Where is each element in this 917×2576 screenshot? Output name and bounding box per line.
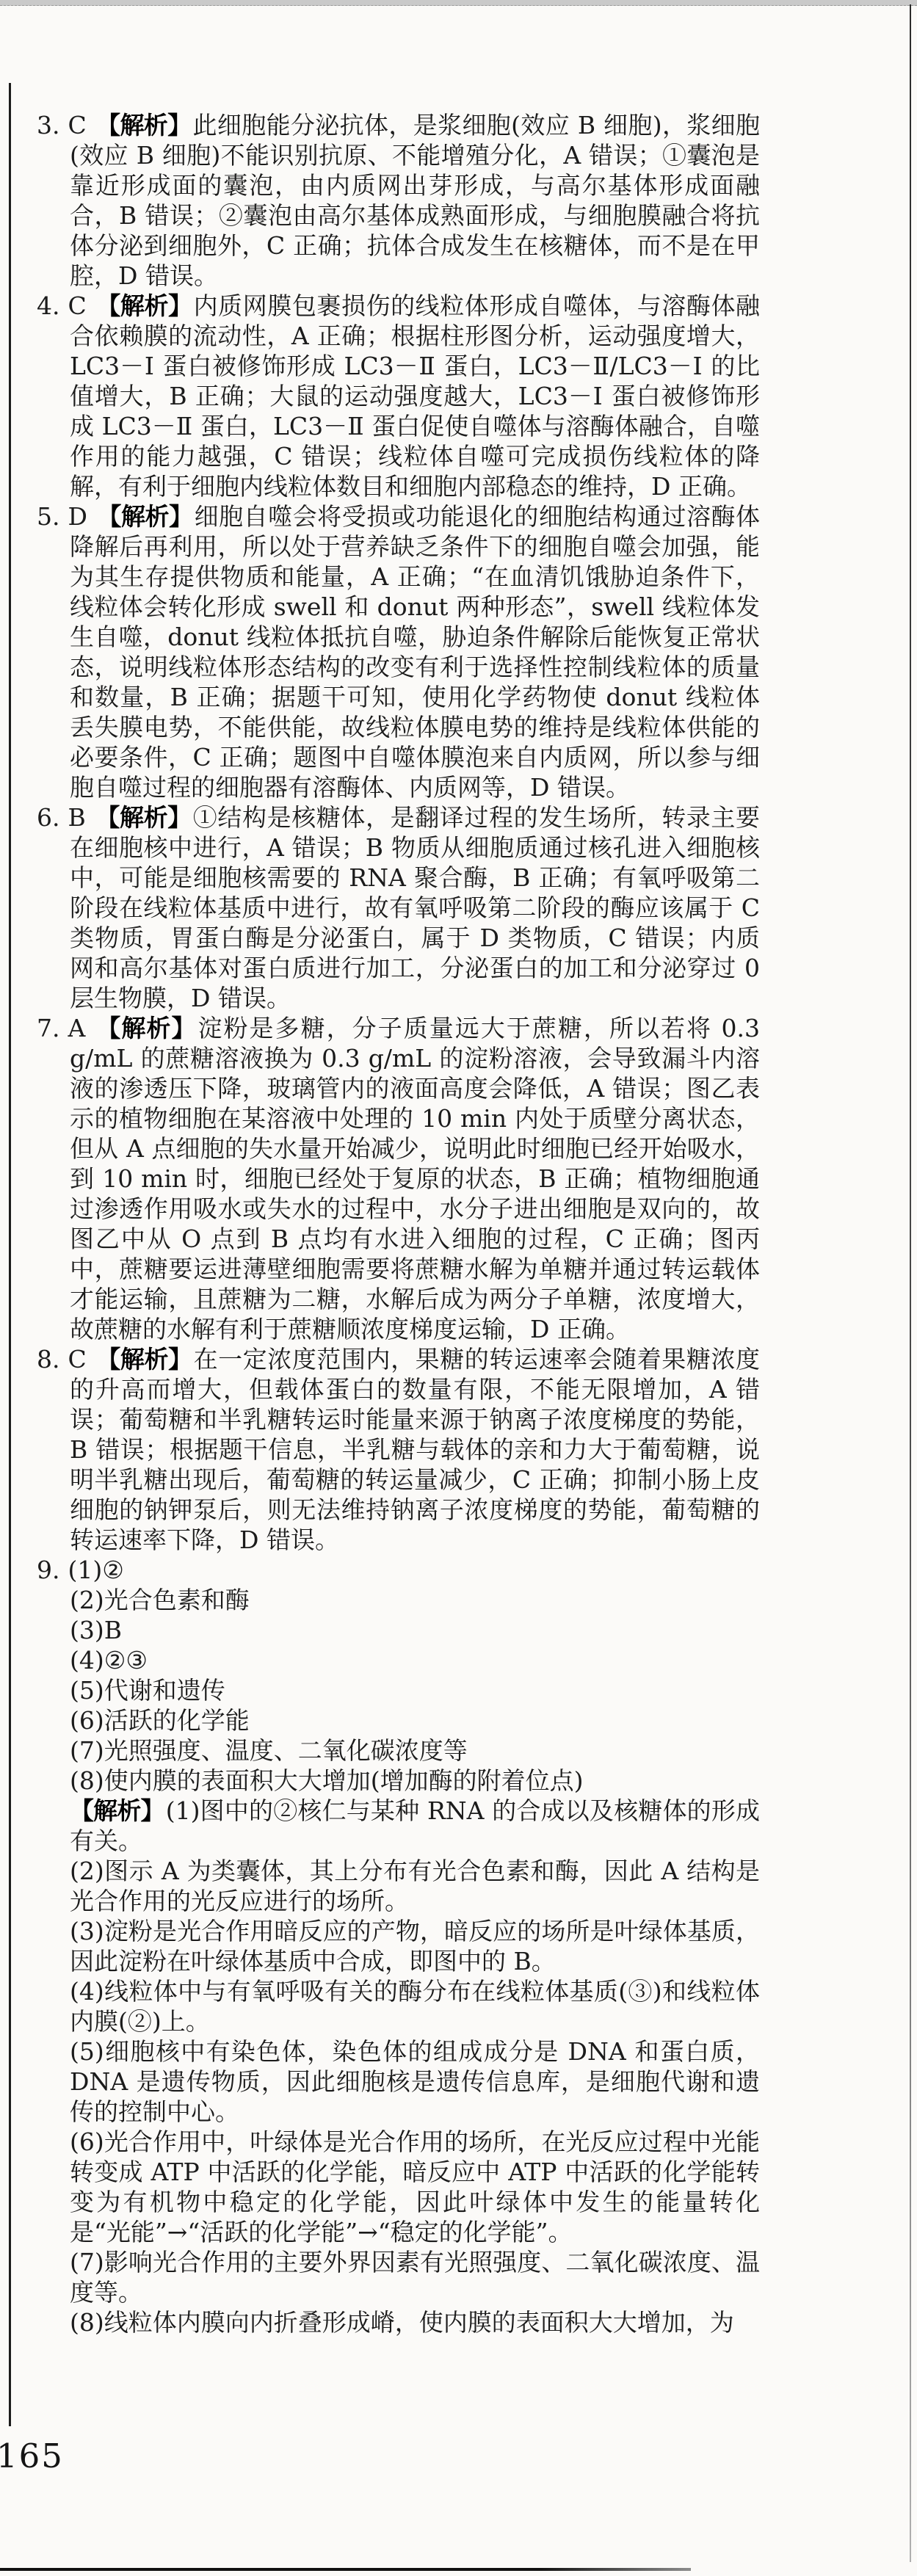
answer-item-9: 9.(1)② (2)光合色素和酶 (3)B (4)②③ (5)代谢和遗传 (6)… [37, 1555, 760, 2337]
item9-explanation-7: (7)影响光合作用的主要外界因素有光照强度、二氧化碳浓度、温度等。 [70, 2247, 760, 2307]
item9-answer-line: 9.(1)② [70, 1555, 760, 1585]
item9-answer-5: (5)代谢和遗传 [70, 1675, 760, 1705]
item9-answer-1: (1)② [68, 1556, 124, 1584]
jiexi-label: 【解析】 [95, 803, 192, 832]
item-answer-letter: C [68, 1345, 87, 1374]
item-explanation-text: 内质网膜包裹损伤的线粒体形成自噬体，与溶酶体融合依赖膜的流动性，A 正确；根据柱… [70, 291, 760, 501]
item-answer-letter: D [68, 502, 87, 531]
item-explanation-text: 淀粉是多糖，分子质量远大于蔗糖，所以若将 0.3 g/mL 的蔗糖溶液换为 0.… [70, 1014, 760, 1343]
item9-explanation-3: (3)淀粉是光合作用暗反应的产物，暗反应的场所是叶绿体基质，因此淀粉在叶绿体基质… [70, 1916, 760, 1976]
item-explanation-text: 细胞自噬会将受损或功能退化的细胞结构通过溶酶体降解后再利用，所以处于营养缺乏条件… [70, 502, 760, 802]
item-explanation-text: ①结构是核糖体，是翻译过程的发生场所，转录主要在细胞核中进行，A 错误；B 物质… [70, 803, 760, 1012]
answers-column: 3.C【解析】此细胞能分泌抗体，是浆细胞(效应 B 细胞)，浆细胞(效应 B 细… [37, 110, 760, 2337]
answer-item-5: 5.D【解析】细胞自噬会将受损或功能退化的细胞结构通过溶酶体降解后再利用，所以处… [37, 501, 760, 802]
jiexi-label: 【解析】 [70, 1796, 164, 1825]
item9-answer-6: (6)活跃的化学能 [70, 1705, 760, 1735]
item-number: 7. [37, 1014, 60, 1042]
jiexi-label: 【解析】 [96, 1345, 192, 1374]
item9-explanation-1-text: (1)图中的②核仁与某种 RNA 的合成以及核糖体的形成有关。 [70, 1796, 760, 1855]
item-number: 3. [37, 111, 60, 139]
item-answer-letter: A [68, 1014, 86, 1042]
item9-answer-8: (8)使内膜的表面积大大增加(增加酶的附着位点) [70, 1766, 760, 1796]
jiexi-label: 【解析】 [97, 502, 193, 531]
item-answer-letter: B [68, 803, 86, 832]
item9-explanation-1: 【解析】(1)图中的②核仁与某种 RNA 的合成以及核糖体的形成有关。 [70, 1796, 760, 1856]
item-number: 6. [37, 803, 60, 832]
answer-item-7: 7.A【解析】淀粉是多糖，分子质量远大于蔗糖，所以若将 0.3 g/mL 的蔗糖… [37, 1013, 760, 1344]
answer-item-8: 8.C【解析】在一定浓度范围内，果糖的转运速率会随着果糖浓度的升高而增大，但载体… [37, 1344, 760, 1555]
item-number: 5. [37, 502, 60, 531]
answer-item-4: 4.C【解析】内质网膜包裹损伤的线粒体形成自噬体，与溶酶体融合依赖膜的流动性，A… [37, 291, 760, 501]
right-border-line [910, 4, 911, 2562]
item9-explanation-8: (8)线粒体内膜向内折叠形成嵴，使内膜的表面积大大增加，为 [70, 2307, 760, 2337]
item-number: 8. [37, 1345, 60, 1374]
item-number: 9. [37, 1556, 60, 1584]
item9-answer-4: (4)②③ [70, 1645, 760, 1675]
item9-explanation-6: (6)光合作用中，叶绿体是光合作用的场所，在光反应过程中光能转变成 ATP 中活… [70, 2127, 760, 2247]
jiexi-label: 【解析】 [96, 291, 192, 320]
item-answer-letter: C [68, 111, 87, 139]
item9-explanation-2: (2)图示 A 为类囊体，其上分布有光合色素和酶，因此 A 结构是光合作用的光反… [70, 1856, 760, 1916]
item-number: 4. [37, 291, 60, 320]
bottom-border-line [0, 2568, 691, 2571]
item9-answer-2: (2)光合色素和酶 [70, 1585, 760, 1615]
scan-top-edge [0, 0, 917, 6]
item9-answer-7: (7)光照强度、温度、二氧化碳浓度等 [70, 1735, 760, 1766]
item9-explanation-4: (4)线粒体中与有氧呼吸有关的酶分布在线粒体基质(③)和线粒体内膜(②)上。 [70, 1976, 760, 2036]
item-answer-letter: C [68, 291, 87, 320]
item9-answer-3: (3)B [70, 1615, 760, 1645]
left-border-line [9, 83, 11, 2426]
jiexi-label: 【解析】 [96, 111, 192, 139]
scanned-answer-page: { "labels": { "jiexi": "【解析】" }, "page":… [0, 0, 917, 2576]
answer-item-3: 3.C【解析】此细胞能分泌抗体，是浆细胞(效应 B 细胞)，浆细胞(效应 B 细… [37, 110, 760, 291]
page-number: 165 [0, 2439, 64, 2472]
jiexi-label: 【解析】 [95, 1014, 196, 1042]
answer-item-6: 6.B【解析】①结构是核糖体，是翻译过程的发生场所，转录主要在细胞核中进行，A … [37, 802, 760, 1013]
item-explanation-text: 在一定浓度范围内，果糖的转运速率会随着果糖浓度的升高而增大，但载体蛋白的数量有限… [70, 1345, 760, 1554]
item9-explanation-5: (5)细胞核中有染色体，染色体的组成成分是 DNA 和蛋白质，DNA 是遗传物质… [70, 2036, 760, 2127]
